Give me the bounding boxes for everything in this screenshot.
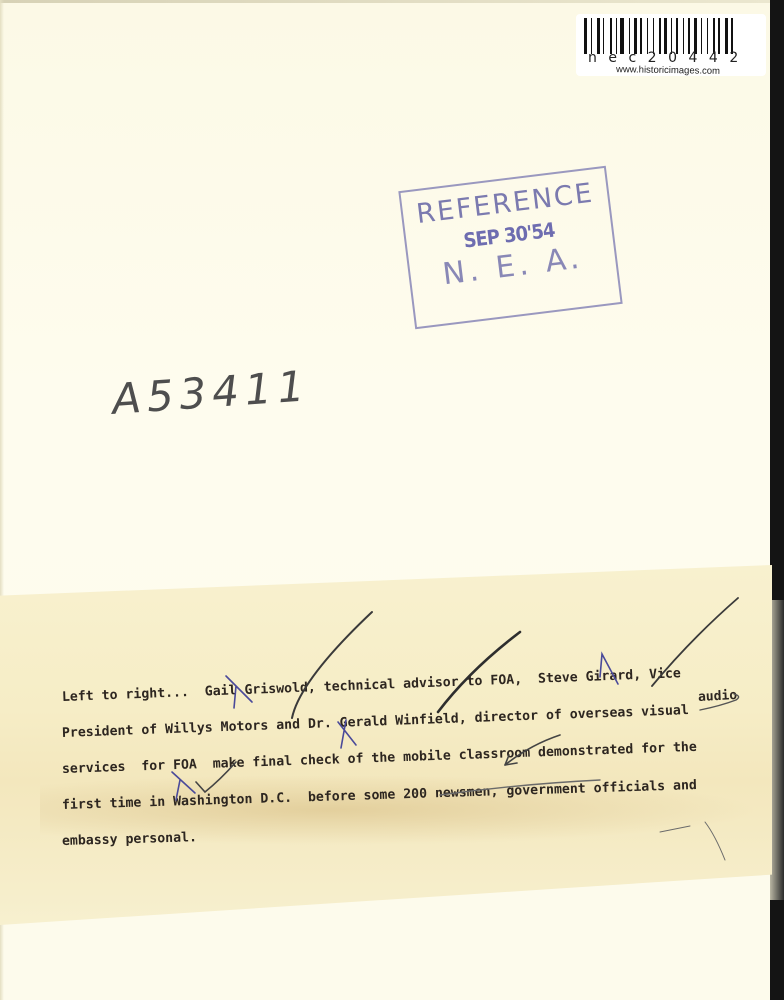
page-top-edge xyxy=(0,0,770,3)
reference-stamp: REFERENCE SEP 30'54 N. E. A. xyxy=(398,166,622,329)
barcode-icon xyxy=(584,18,758,54)
barcode-website: www.historicimages.com xyxy=(616,64,720,77)
inserted-word: audio xyxy=(698,688,738,705)
barcode-label: nec20442 www.historicimages.com xyxy=(576,14,766,76)
typed-caption: Left to right... Gail Griswold, technica… xyxy=(62,680,782,860)
barcode-code: nec20442 xyxy=(588,50,758,66)
